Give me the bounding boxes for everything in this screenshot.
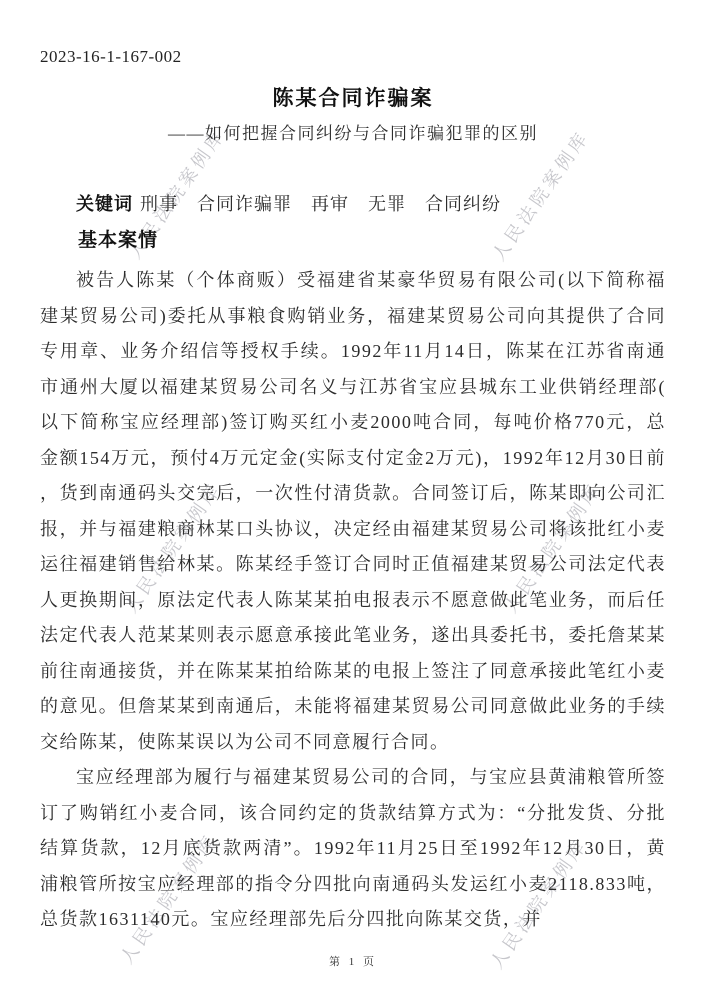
keywords-label: 关键词	[76, 194, 133, 214]
document-title: 陈某合同诈骗案	[40, 83, 666, 113]
page-number-footer: 第 1 页	[0, 953, 706, 969]
case-paragraph-2: 宝应经理部为履行与福建某贸易公司的合同，与宝应县黄浦粮管所签订了购销红小麦合同，…	[40, 760, 666, 938]
document-subtitle: ——如何把握合同纠纷与合同诈骗犯罪的区别	[40, 121, 666, 147]
document-page: 人民法院案例库 人民法院案例库 人民法院案例库 人民法院案例库 人民法院案例库 …	[0, 0, 706, 999]
document-content: 2023-16-1-167-002 陈某合同诈骗案 ——如何把握合同纠纷与合同诈…	[40, 46, 666, 938]
keywords-list: 刑事 合同诈骗罪 再审 无罪 合同纠纷	[140, 194, 501, 214]
keywords-line: 关键词刑事 合同诈骗罪 再审 无罪 合同纠纷	[40, 191, 666, 217]
case-paragraph-1: 被告人陈某（个体商贩）受福建省某豪华贸易有限公司(以下简称福建某贸易公司)委托从…	[40, 263, 666, 760]
section-heading-basic-facts: 基本案情	[40, 227, 666, 255]
case-number: 2023-16-1-167-002	[40, 46, 666, 68]
